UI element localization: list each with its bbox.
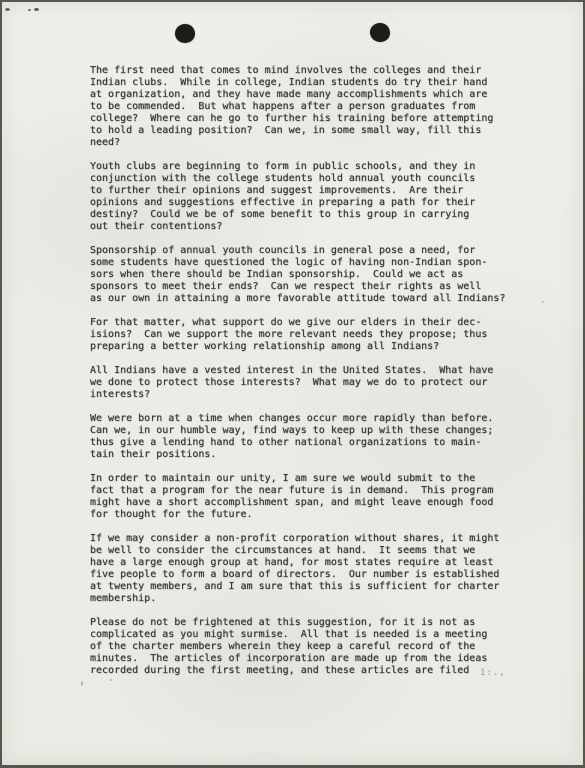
paragraph-charter-meeting: Please do not be frightened at this sugg… (90, 617, 522, 677)
scanned-page: The first need that comes to mind involv… (0, 0, 585, 768)
paragraph-sponsorship: Sponsorship of annual youth councils in … (90, 245, 522, 305)
paragraph-colleges-need: The first need that comes to mind involv… (90, 65, 522, 149)
paragraph-changes: We were born at a time when changes occu… (90, 413, 522, 461)
ink-speck (28, 9, 31, 11)
hole-punch-dot-left (175, 24, 195, 43)
ink-speck (81, 681, 83, 686)
paragraph-youth-clubs: Youth clubs are beginning to form in pub… (90, 161, 522, 233)
hole-punch-dot-right (368, 21, 392, 44)
paragraph-unity-program: In order to maintain our unity, I am sur… (90, 473, 522, 521)
ink-speck (5, 8, 10, 11)
paragraph-nonprofit: If we may consider a non-profit corporat… (90, 533, 522, 605)
ink-smudge: 1:., (480, 668, 506, 679)
ink-speck (34, 8, 39, 11)
ink-speck (542, 301, 544, 303)
paragraph-vested-interest: All Indians have a vested interest in th… (90, 365, 522, 401)
paragraph-elders-support: For that matter, what support do we give… (90, 317, 522, 353)
document-body: The first need that comes to mind involv… (90, 65, 522, 689)
